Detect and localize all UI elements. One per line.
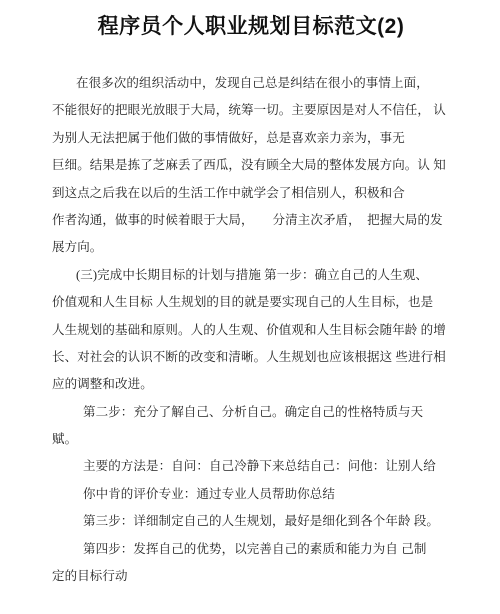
text-line: 在很多次的组织活动中，发现自己总是纠结在很小的事情上面， [52, 70, 450, 97]
text-line: 第四步：发挥自己的优势，以完善自己的素质和能力为自 己制 [52, 536, 450, 563]
text-line: 长、对社会的认识不断的改变和清晰。人生规划也应该根据这 些进行相 [52, 344, 450, 371]
document-body: 在很多次的组织活动中，发现自己总是纠结在很小的事情上面，不能很好的把眼光放眼于大… [52, 70, 450, 590]
text-line: 巨细。结果是拣了芝麻丢了西瓜，没有顾全大局的整体发展方向。认 知 [52, 152, 450, 179]
text-line: 到这点之后我在以后的生活工作中就学会了相信别人，积极和合 [52, 180, 450, 207]
text-line: 人生规划的基础和原则。人的人生观、价值观和人生目标会随年龄 的增 [52, 317, 450, 344]
text-line: 不能很好的把眼光放眼于大局，统筹一切。主要原因是对人不信任， 认 [52, 97, 450, 124]
text-line: 应的调整和改进。 [52, 371, 450, 398]
text-line: 定的目标行动 [52, 563, 450, 590]
text-line: 作者沟通，做事的时候着眼于大局， 分清主次矛盾， 把握大局的发 [52, 207, 450, 234]
text-line: 主要的方法是：自问：自己冷静下来总结自己：问他：让别人给 [52, 453, 450, 480]
text-line: 展方向。 [52, 234, 450, 261]
text-line: 为别人无法把属于他们做的事情做好，总是喜欢亲力亲为，事无 [52, 125, 450, 152]
document-title: 程序员个人职业规划目标范文(2) [52, 8, 450, 40]
text-line: (三)完成中长期目标的计划与措施 第一步：确立自己的人生观、 [52, 262, 450, 289]
text-line: 你中肯的评价专业：通过专业人员帮助你总结 [52, 481, 450, 508]
document-page: 程序员个人职业规划目标范文(2) 在很多次的组织活动中，发现自己总是纠结在很小的… [0, 0, 500, 614]
text-line: 赋。 [52, 426, 450, 453]
text-line: 价值观和人生目标 人生规划的目的就是要实现自己的人生目标，也是 [52, 289, 450, 316]
text-line: 第三步：详细制定自己的人生规划，最好是细化到各个年龄 段。 [52, 508, 450, 535]
text-line: 第二步：充分了解自己、分析自己。确定自己的性格特质与天 [52, 399, 450, 426]
